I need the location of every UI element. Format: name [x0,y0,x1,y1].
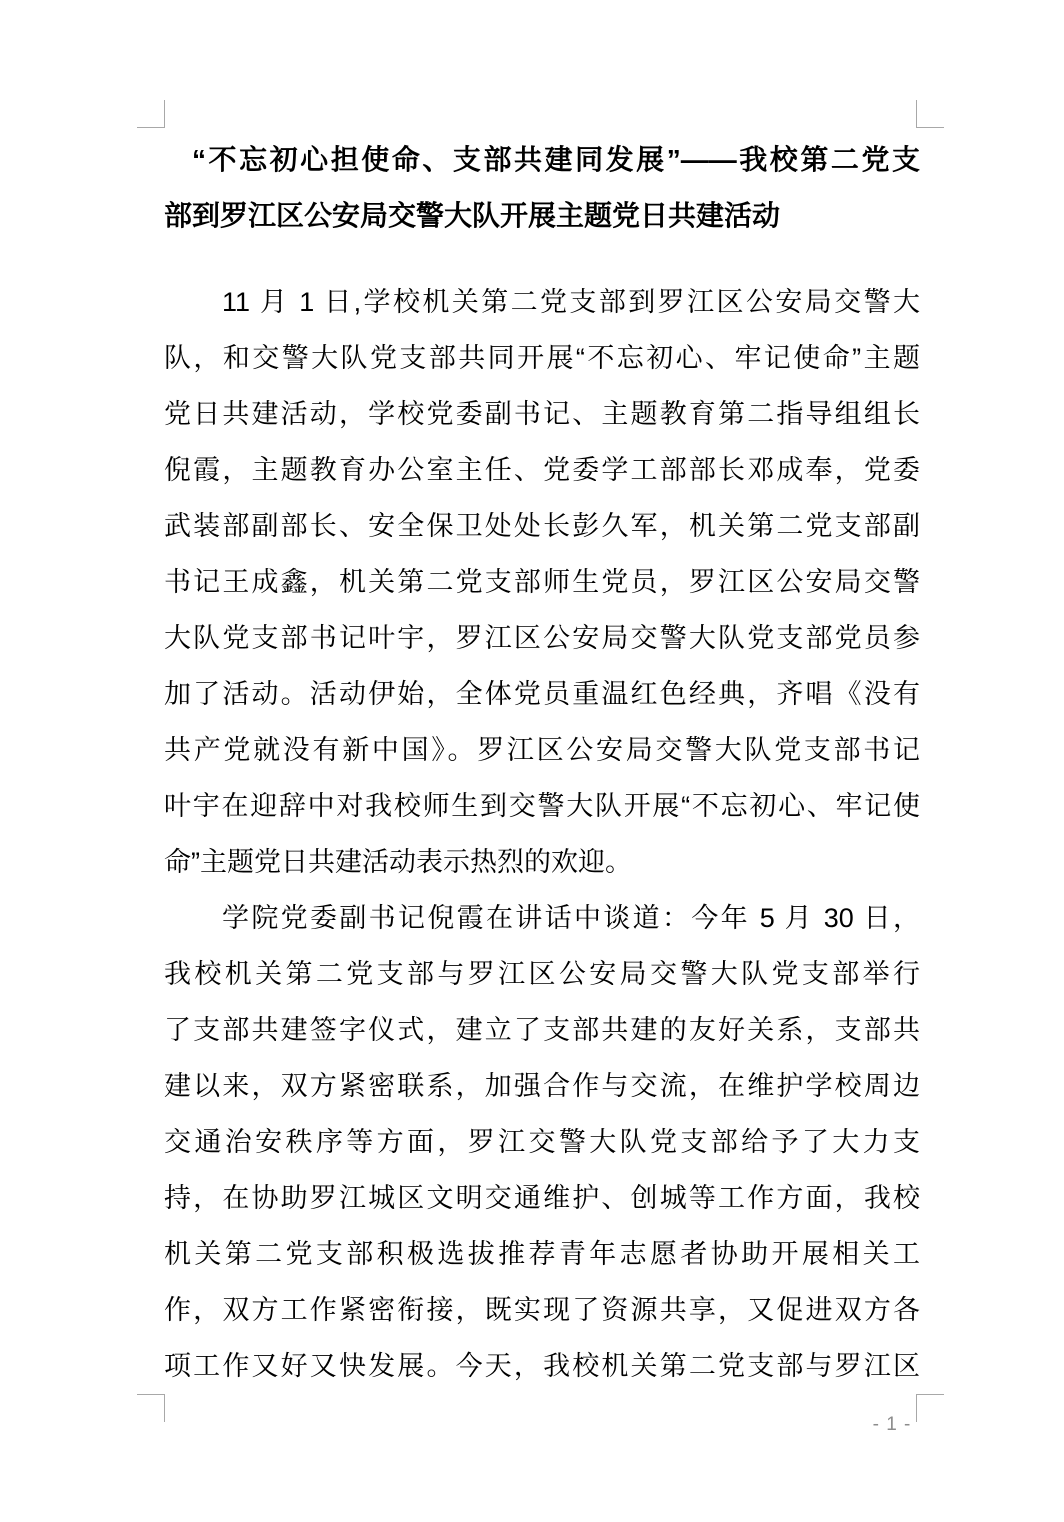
body-line: 共产党就没有新中国》。罗江区公安局交警大队党支部书记 [164,722,920,778]
document-title: “不忘初心担使命、支部共建同发展”——我校第二党支 部到罗江区公安局交警大队开展… [164,132,920,244]
body-line: 我校机关第二党支部与罗江区公安局交警大队党支部举行 [164,946,920,1002]
body-line: 叶宇在迎辞中对我校师生到交警大队开展“不忘初心、牢记使 [164,778,920,834]
body-line: 11 月 1 日,学校机关第二党支部到罗江区公安局交警大 [164,274,920,330]
page-number: - 1 - [852,1414,932,1436]
body-line: 命”主题党日共建活动表示热烈的欢迎。 [164,834,920,890]
body-line: 党日共建活动，学校党委副书记、主题教育第二指导组组长 [164,386,920,442]
title-line: 部到罗江区公安局交警大队开展主题党日共建活动 [164,188,920,244]
body-line: 书记王成鑫，机关第二党支部师生党员，罗江区公安局交警 [164,554,920,610]
body-line: 项工作又好又快发展。今天，我校机关第二党支部与罗江区 [164,1338,920,1394]
title-line: “不忘初心担使命、支部共建同发展”——我校第二党支 [164,132,920,188]
document-body: 11 月 1 日,学校机关第二党支部到罗江区公安局交警大 队，和交警大队党支部共… [164,274,920,1394]
body-line: 建以来，双方紧密联系，加强合作与交流，在维护学校周边 [164,1058,920,1114]
body-line: 武装部副部长、安全保卫处处长彭久军，机关第二党支部副 [164,498,920,554]
crop-mark-top-left [137,100,165,128]
body-line: 交通治安秩序等方面，罗江交警大队党支部给予了大力支 [164,1114,920,1170]
crop-mark-top-right [916,100,944,128]
body-line: 机关第二党支部积极选拔推荐青年志愿者协助开展相关工 [164,1226,920,1282]
body-line: 学院党委副书记倪霞在讲话中谈道：今年 5 月 30 日， [164,890,920,946]
crop-mark-bottom-left [137,1394,165,1422]
body-line: 了支部共建签字仪式，建立了支部共建的友好关系，支部共 [164,1002,920,1058]
body-line: 队，和交警大队党支部共同开展“不忘初心、牢记使命”主题 [164,330,920,386]
body-line: 持，在协助罗江城区文明交通维护、创城等工作方面，我校 [164,1170,920,1226]
body-line: 加了活动。活动伊始，全体党员重温红色经典，齐唱《没有 [164,666,920,722]
document-page: “不忘初心担使命、支部共建同发展”——我校第二党支 部到罗江区公安局交警大队开展… [0,0,1064,1522]
body-line: 大队党支部书记叶宇，罗江区公安局交警大队党支部党员参 [164,610,920,666]
body-line: 作，双方工作紧密衔接，既实现了资源共享，又促进双方各 [164,1282,920,1338]
body-line: 倪霞，主题教育办公室主任、党委学工部部长邓成奉，党委 [164,442,920,498]
